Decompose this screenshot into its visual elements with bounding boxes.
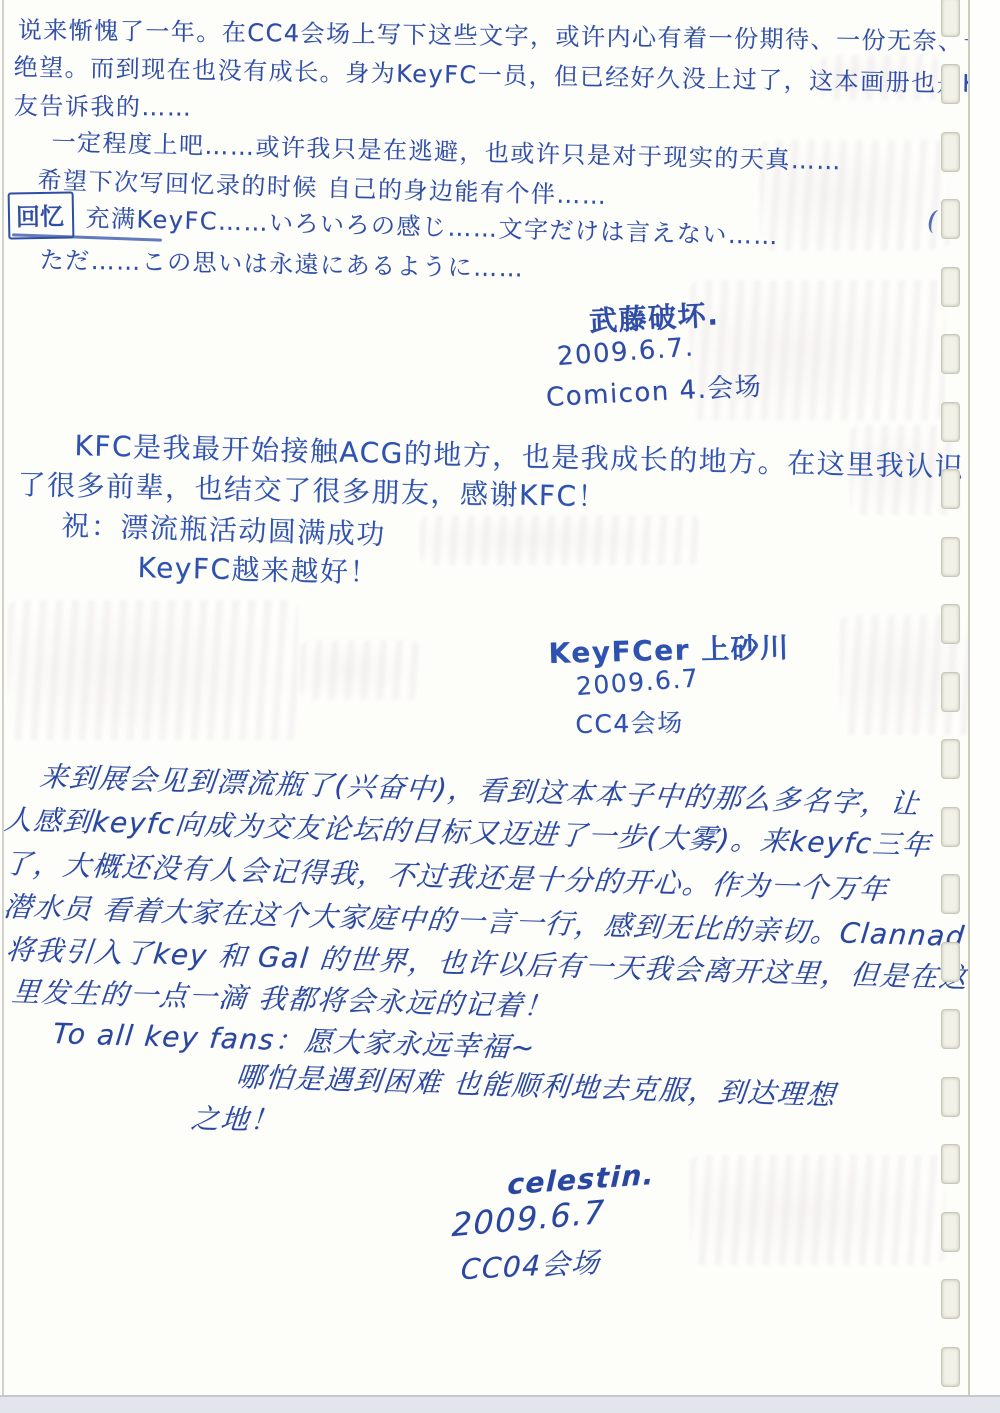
boxed-word: 回忆 (8, 191, 75, 239)
binder-hole (941, 942, 960, 982)
binder-hole (941, 1279, 960, 1319)
binder-hole (941, 469, 960, 509)
binder-hole (941, 874, 960, 914)
signature-venue: CC4会场 (575, 703, 684, 741)
binder-hole (941, 64, 960, 104)
binder-hole (941, 1212, 960, 1252)
handwriting-line: 友告诉我的…… (14, 86, 193, 123)
binder-hole (941, 537, 960, 577)
binder-hole (941, 402, 960, 442)
binder-hole (941, 132, 960, 172)
binder-hole (941, 1077, 960, 1117)
ink-bleedthrough (300, 640, 420, 700)
scan-background-strip (0, 1395, 1000, 1413)
ink-bleedthrough (690, 1155, 945, 1265)
scanned-notebook-page: 说来惭愧了一年。在CC4会场上写下这些文字，或许内心有着一份期待、一份无奈、一份… (0, 0, 1000, 1413)
binder-hole (941, 807, 960, 847)
signature: 武藤破坏. (588, 293, 720, 340)
binder-hole (941, 1347, 960, 1387)
binder-hole (941, 739, 960, 779)
handwriting-line: 哪怕是遇到困难 也能顺利地去克服，到达理想 (234, 1055, 838, 1114)
page-right-edge (968, 0, 970, 1395)
handwriting-line: ただ……この思いは永遠にあるように…… (39, 240, 524, 283)
page-left-edge (2, 0, 4, 1395)
handwriting-line: KeyFC越来越好！ (137, 546, 379, 591)
binder-hole (941, 672, 960, 712)
binder-hole (941, 334, 960, 374)
page-right-margin (970, 0, 1000, 1395)
handwriting-line: 祝：漂流瓶活动圆满成功 (61, 504, 387, 553)
signature-date: 2009.6.7. (556, 332, 695, 372)
binder-hole (941, 199, 960, 239)
ink-bleedthrough (420, 515, 700, 565)
binder-hole (941, 604, 960, 644)
handwriting-line: 之地！ (189, 1097, 281, 1139)
ink-bleedthrough (8, 600, 298, 740)
signature-venue: CC04会场 (460, 1241, 602, 1288)
signature-date: 2009.6.7 (451, 1193, 606, 1245)
binder-hole (941, 0, 960, 37)
binder-hole (941, 1144, 960, 1184)
binder-hole (941, 1009, 960, 1049)
binder-hole (941, 267, 960, 307)
